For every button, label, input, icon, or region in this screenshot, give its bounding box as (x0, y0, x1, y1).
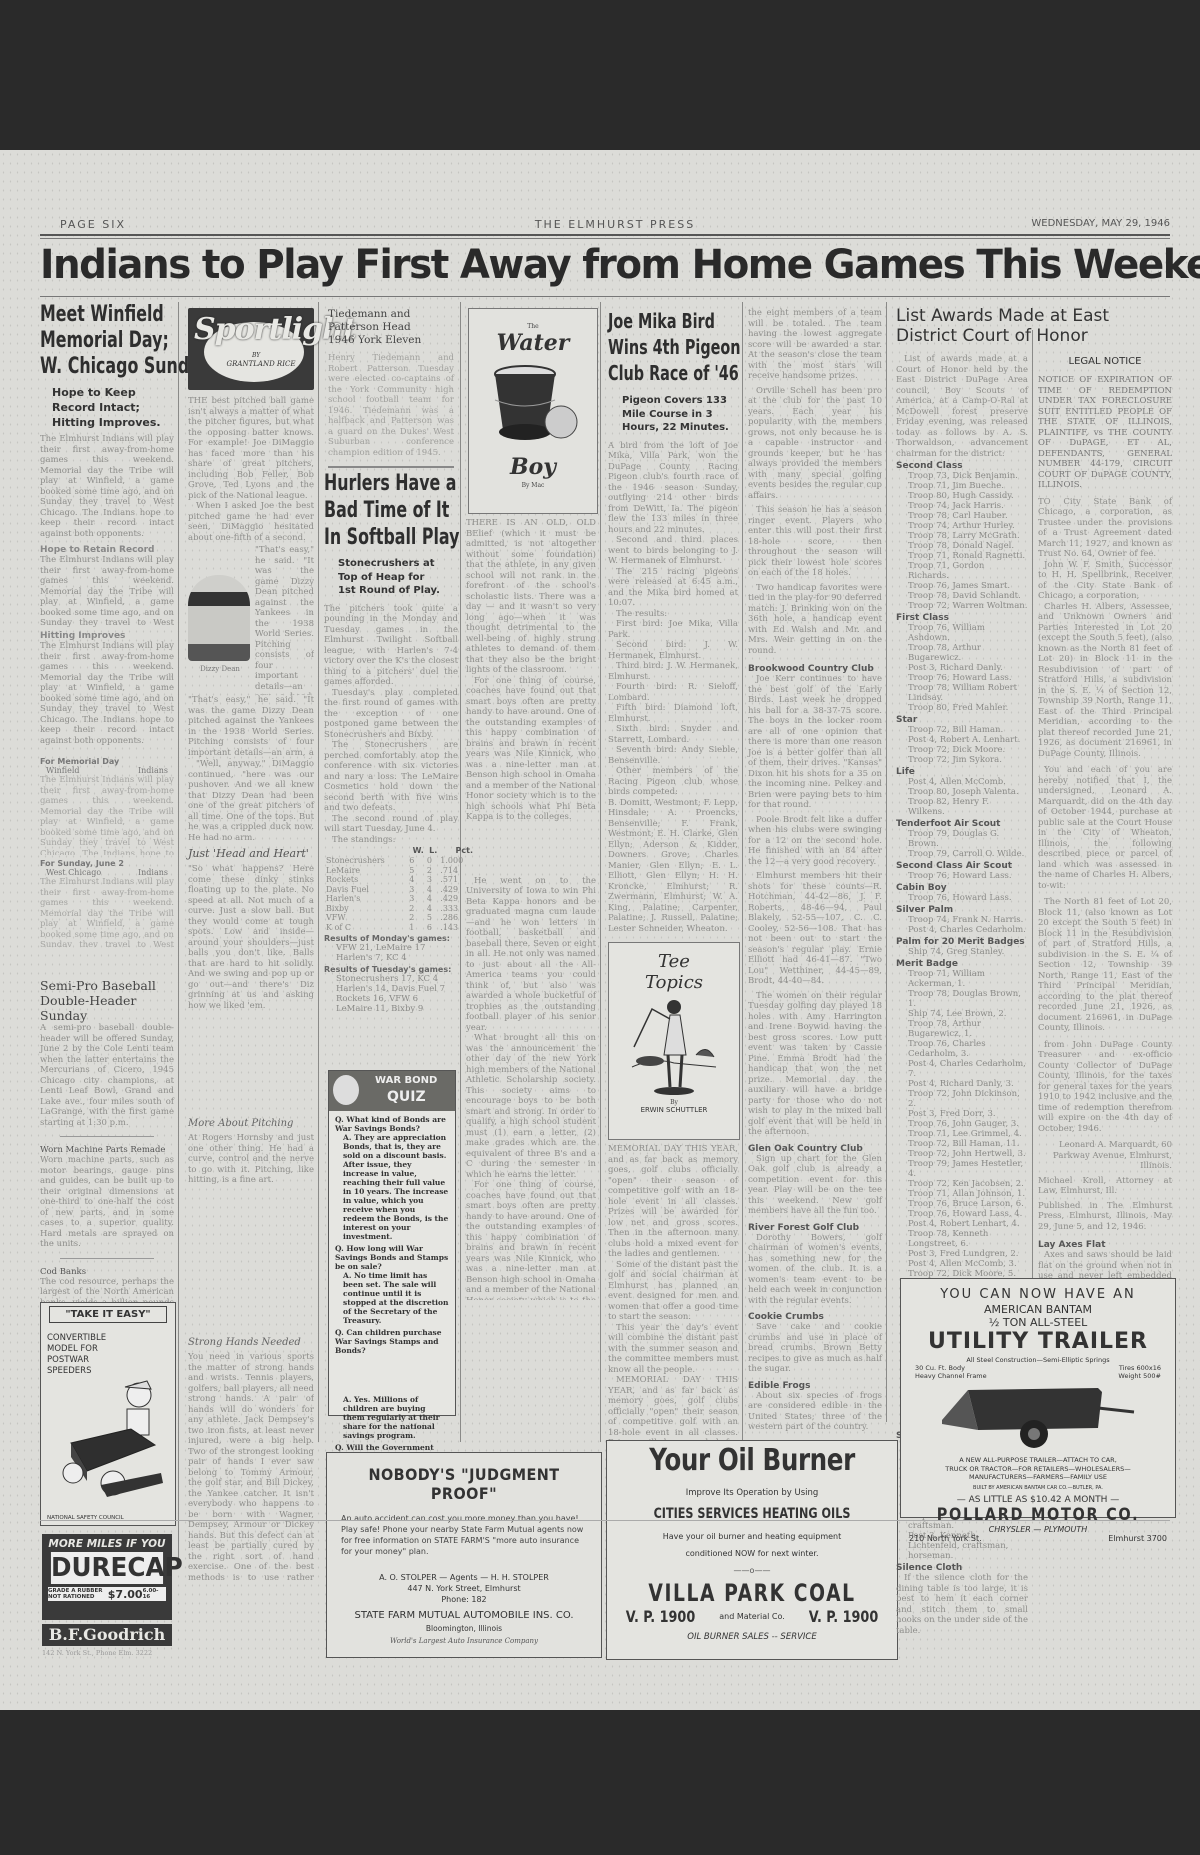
quiz-answer: A. Yes. Millions of children are buying … (335, 1395, 449, 1440)
water-boy-the: The (469, 323, 597, 330)
result-item: First bird: Joe Mika, Villa Park. (608, 619, 738, 640)
lineup-list: The Elmhurst Indians will play their fir… (40, 775, 174, 855)
column-rule (600, 302, 601, 1442)
trailer-icon (938, 1384, 1138, 1450)
water-boy-column: THERE IS AN OLD, OLD BElief (which it mu… (466, 518, 596, 1300)
durecap-note: GRADE A RUBBER NOT RATIONED (48, 1588, 108, 1600)
subhead-line: Mile Course in 3 (622, 408, 738, 422)
subhead-line: Top of Heap for (338, 571, 458, 585)
filler-text: The Elmhurst Indians will play their fir… (40, 641, 174, 751)
award-section-head: Silver Palm (896, 905, 1028, 915)
tee-topics-logo: Tee Topics By ERWIN SCHUTTLER (608, 942, 740, 1140)
durecap-top: MORE MILES IF YOU (42, 1538, 172, 1550)
meet-winfield-subhead: Hope to Keep Record Intact; Hitting Impr… (52, 386, 174, 431)
award-item: Troop 72, Jim Sykora. (896, 755, 1028, 765)
bantam-price: — AS LITTLE AS $10.42 A MONTH — (901, 1495, 1175, 1505)
award-item: Post 4, Allen McComb. (896, 777, 1028, 787)
headline-line: Patterson Head (328, 321, 454, 334)
tee-topics-title-1: Tee (609, 951, 739, 972)
award-item: Post 3, Fred Lundgren, 2. (896, 1249, 1028, 1259)
award-item: Post 3, Fred Dorr, 3. (896, 1109, 1028, 1119)
brodt-body: Poole Brodt felt like a duffer when his … (748, 815, 882, 868)
award-item: Troop 79, James Hestetler, 4. (896, 1159, 1028, 1179)
promo-line: MANUFACTURERS—FARMERS—FAMILY USE (901, 1473, 1175, 1482)
team: LeMaire (324, 866, 407, 876)
war-bond-quiz: WAR BOND QUIZ Q. What kind of Bonds are … (328, 1070, 456, 1416)
legal-notice-title: LEGAL NOTICE (1038, 356, 1172, 367)
durecap-price: $7.00 (108, 1588, 143, 1601)
losses: 3 (425, 875, 438, 885)
headline-line: 1946 York Eleven (328, 334, 454, 347)
award-section-head: Silence Cloth (896, 1563, 1028, 1573)
award-item: Troop 78, Kenneth Longstreet, 6. (896, 1229, 1028, 1249)
golf-body: Two handicap favorites were tied in the … (748, 583, 882, 657)
meet-winfield-headline: Meet Winfield Memorial Day; W. Chicago S… (40, 302, 174, 380)
table-row: Stonecrushers601.000 (324, 856, 474, 866)
state-farm-address: 447 N. York Street, Elmhurst (327, 1584, 601, 1593)
award-item: Ship 74, Lee Brown, 2. (896, 1009, 1028, 1019)
hurlers-headline: Hurlers Have a Bad Time of It In Softbal… (324, 470, 458, 551)
result-item: VFW 21, LeMaire 17 (324, 943, 458, 953)
headline-line: Memorial Day; (40, 328, 174, 354)
quiz-title-1: WAR BOND (375, 1075, 437, 1086)
sportlight-body: "So what happens? Here come these dinky … (188, 864, 314, 1114)
team: Davis Fuel (324, 885, 407, 895)
promo-line: TRUCK OR TRACTOR—FOR RETAILERS—WHOLESALE… (901, 1465, 1175, 1474)
award-section-head: Merit Badge (896, 959, 1028, 969)
brookwood-body: Joe Kerr continues to have the best golf… (748, 674, 882, 811)
team: Bixby (324, 904, 407, 914)
filler-text: The Elmhurst Indians will play their fir… (40, 555, 174, 627)
section-head-head-heart: Just 'Head and Heart' (188, 847, 314, 860)
spec: Heavy Channel Frame (915, 1372, 987, 1380)
award-item: Troop 72, Bill Haman, 11. (896, 1139, 1028, 1149)
legal-notice-body: John W. F. Smith, Successor to H. H. Spe… (1038, 560, 1172, 602)
durecap-brand: DURECAP (51, 1552, 163, 1584)
award-item: Troop 71, Jim Bueche. (896, 481, 1028, 491)
award-item: Troop 79, Douglas G. Brown. (896, 829, 1028, 849)
quiz-answer: A. They are appreciation Bonds, that is,… (335, 1133, 449, 1241)
pollard-motor: POLLARD MOTOR CO. (922, 1505, 1155, 1525)
wins: 3 (407, 885, 425, 895)
column-rule (886, 302, 887, 1422)
issue-date: WEDNESDAY, MAY 29, 1946 (1031, 218, 1170, 229)
standings-header-row: W. L. Pct. (324, 845, 474, 856)
spec: Tires 600x16 (1119, 1364, 1161, 1372)
sportlight-column: THE best pitched ball game isn't always … (188, 396, 314, 1582)
edible-head: Edible Frogs (748, 1381, 882, 1391)
others-label: Other members of the Racing Pigeon club … (608, 766, 738, 798)
water-boy-body: He went on to the University of Iowa to … (466, 876, 596, 1034)
table-row: LeMaire52.714 (324, 866, 474, 876)
sportlight-author: GRANTLAND RICE (226, 360, 296, 368)
award-item: Troop 74, Arthur Hurley. (896, 521, 1028, 531)
golfer-icon (624, 995, 724, 1099)
result-item: Harlen's 14, Davis Fuel 7 (324, 984, 458, 994)
tee-topics-body: This year the day's event will combine t… (608, 1323, 738, 1376)
water-boy-body: For one thing of course, coaches have fo… (466, 1180, 596, 1300)
pigeon-headline: Joe Mika Bird Wins 4th Pigeon Club Race … (608, 308, 738, 386)
subhead-line: Pigeon Covers 133 (622, 394, 738, 408)
team: K of C (324, 923, 407, 933)
award-item: Ship 74, Greg Stanley. (896, 947, 1028, 957)
lineup-header: For Memorial Day (40, 757, 174, 766)
headline-line: Tiedemann and (328, 308, 454, 321)
bantam-builder: BUILT BY AMERICAN BANTAM CAR CO.—BUTLER,… (901, 1485, 1175, 1491)
sportlight-logo: Sportlight BY GRANTLAND RICE (188, 308, 314, 390)
oil-burner-line-2: Have your oil burner and heating equipme… (607, 1532, 897, 1541)
water-boy-byline: By Mac (469, 482, 597, 489)
hurlers-article: Hurlers Have a Bad Time of It In Softbal… (324, 470, 458, 1014)
headline-line: Wins 4th Pigeon (608, 334, 738, 360)
award-item: Troop 76, John Gauger, 3. (896, 1119, 1028, 1129)
golf-body: This season he has a season ringer event… (748, 505, 882, 579)
sportlight-by: BY (252, 352, 260, 359)
sportlight-body: You need in various sports the matter of… (188, 1352, 314, 1582)
award-item: Troop 76, Bruce Larson, 6. (896, 1199, 1028, 1209)
pigeon-subhead: Pigeon Covers 133 Mile Course in 3 Hours… (622, 394, 738, 435)
phone-left: V. P. 1900 (626, 1607, 696, 1626)
legal-signature: Leonard A. Marquardt, 60 Parkway Avenue,… (1038, 1140, 1172, 1172)
goodrich-address: 142 N. York St., Phone Elm. 3222 (42, 1649, 182, 1657)
award-item: Troop 78, Larry McGrath. (896, 531, 1028, 541)
award-item: Post 4, Charles Cedarholm. (896, 925, 1028, 935)
cookie-body: Save cake and cookie crumbs and use in p… (748, 1322, 882, 1375)
result-item: Seventh bird: Andy Sieble, Bensenville. (608, 745, 738, 766)
award-item: Troop 76, Howard Lass. (896, 893, 1028, 903)
table-row: K of C16.143 (324, 923, 474, 933)
lineup-teams: West Chicago Indians (40, 868, 174, 877)
column-rule (318, 302, 319, 1442)
team-name: Indians (138, 766, 168, 775)
award-section-head: Second Class (896, 461, 1028, 471)
water-boy-body: THERE IS AN OLD, OLD BElief (which it mu… (466, 518, 596, 676)
oil-burner-headline: Your Oil Burner (633, 1443, 871, 1478)
team-name: Winfield (46, 766, 80, 775)
bantam-spec-main: All Steel Construction—Semi-Elliptic Spr… (901, 1356, 1175, 1364)
oil-burner-divider: ——o—— (607, 1566, 897, 1575)
cod-banks-headline: Cod Banks (40, 1267, 174, 1277)
table-row: Harlen's34.429 (324, 894, 474, 904)
cookie-head: Cookie Crumbs (748, 1312, 882, 1322)
silence-cloth-body: If the silence cloth for the dining tabl… (896, 1573, 1028, 1636)
legal-notice-body: from John DuPage County Treasurer and ex… (1038, 1040, 1172, 1135)
elmhurst-members-body: Elmhurst members hit their shots for the… (748, 871, 882, 987)
golf-body: the eight members of a team will be tota… (748, 308, 882, 382)
award-item: Troop 76, Charles Cedarholm, 3. (896, 1039, 1028, 1059)
award-item: Troop 71, Gordon Richards. (896, 561, 1028, 581)
golf-notes-column: the eight members of a team will be tota… (748, 308, 882, 1433)
column-rule (742, 302, 743, 1442)
award-item: Troop 80, Joseph Valenta. (896, 787, 1028, 797)
headline-line: Club Race of '46 (608, 360, 738, 386)
award-item: Troop 71, William Ackerman, 1. (896, 969, 1028, 989)
tuesday-results-header: Results of Tuesday's games: (324, 965, 458, 974)
quiz-illustration (335, 1355, 449, 1395)
headline-line: District Court of Honor (896, 326, 1176, 346)
legal-notice-body: You and each of you are hereby notified … (1038, 765, 1172, 891)
lineup-teams: Winfield Indians (40, 766, 174, 775)
bucket-icon (483, 360, 583, 450)
team: Rockets (324, 875, 407, 885)
legal-signature-2: Michael Kroll, Attorney at Law, Elmhurst… (1038, 1176, 1172, 1197)
team-name: West Chicago (46, 868, 101, 877)
monday-results-header: Results of Monday's games: (324, 934, 458, 943)
tiedemann-headline: Tiedemann and Patterson Head 1946 York E… (328, 308, 454, 347)
award-item: Troop 76, William Ashdown. (896, 623, 1028, 643)
promo-line: A NEW ALL-PURPOSE TRAILER—ATTACH TO CAR, (901, 1456, 1175, 1465)
result-item: Sixth bird: Snyder and Starrett, Lombard… (608, 724, 738, 745)
bottom-rule (40, 1520, 1170, 1521)
award-item: Troop 80, Fred Mahler. (896, 703, 1028, 713)
sportlight-body: At Rogers Hornsby and just one other thi… (188, 1133, 314, 1333)
pigeon-body: A bird from the loft of Joe Mika, Villa … (608, 441, 738, 536)
goodrich-logo: B.F.Goodrich (42, 1624, 172, 1646)
section-head-hands: Strong Hands Needed (188, 1337, 314, 1348)
award-section-head: Life (896, 767, 1028, 777)
award-item: Post 4, Robert A. Lenhart. (896, 735, 1028, 745)
hurlers-body: The Stonecrushers are perched comfortabl… (324, 740, 458, 814)
legal-notice-heading: NOTICE OF EXPIRATION OF TIME OF REDEMPTI… (1038, 375, 1172, 491)
sportlight-body: "That's easy," he said. "It was the game… (188, 695, 314, 759)
tee-topics-column: MEMORIAL DAY THIS YEAR, and as far back … (608, 1144, 738, 1475)
award-item: Troop 76, James Smart. (896, 581, 1028, 591)
brookwood-head: Brookwood Country Club (748, 664, 882, 674)
bantam-trailer-ad: YOU CAN NOW HAVE AN AMERICAN BANTAM ½ TO… (900, 1278, 1176, 1518)
award-item: Troop 74, Frank N. Harris. (896, 915, 1028, 925)
water-boy-logo: The Water Boy By Mac (468, 308, 598, 514)
award-item: Troop 72, Dick Moore. (896, 745, 1028, 755)
masthead-rule-thin (40, 238, 1170, 239)
team: VFW (324, 913, 407, 923)
award-section-head: Cabin Boy (896, 883, 1028, 893)
tee-topics-author: ERWIN SCHUTTLER (609, 1106, 739, 1114)
coffin-car-cartoon-icon (51, 1373, 169, 1503)
subhead-line: Hitting Improves. (52, 416, 174, 431)
award-item: Troop 78, Donald Nagel. (896, 541, 1028, 551)
award-item: Troop 71, Allan Johnson, 1. (896, 1189, 1028, 1199)
column-rule (178, 302, 179, 1562)
headline-line: In Softball Play (324, 524, 458, 551)
award-item: Troop 78, Carl Hauber. (896, 511, 1028, 521)
team-name: Indians (138, 868, 168, 877)
water-boy-title-2: Boy (469, 454, 597, 480)
quiz-header: WAR BOND QUIZ (329, 1071, 455, 1111)
ad-caption: CONVERTIBLE MODEL FOR POSTWAR SPEEDERS (47, 1333, 106, 1377)
paper-name: THE ELMHURST PRESS (60, 218, 1170, 231)
river-forest-head: River Forest Golf Club (748, 1223, 882, 1233)
award-item: Troop 78, Douglas Brown, 1. (896, 989, 1028, 1009)
glen-oak-body: Sign up chart for the Glen Oak golf club… (748, 1154, 882, 1217)
wins: 6 (407, 856, 425, 866)
masthead-rule (40, 234, 1170, 236)
semi-pro-headline: Semi-Pro Baseball Double-Header Sunday (40, 978, 174, 1023)
divider (60, 1258, 154, 1259)
section-head: Hope to Retain Record (40, 545, 174, 555)
pollard-contact: 210 North York St. Elmhurst 3700 (901, 1534, 1175, 1543)
quiz-question: Q. Can children purchase War Savings Sta… (335, 1328, 449, 1355)
durecap-price-strip: GRADE A RUBBER NOT RATIONED $7.00 6.00-1… (48, 1587, 166, 1601)
glen-oak-head: Glen Oak Country Club (748, 1144, 882, 1154)
oil-burner-footer: OIL BURNER SALES -- SERVICE (607, 1632, 897, 1642)
bantam-line-2: AMERICAN BANTAM (901, 1303, 1175, 1316)
caption-line: POSTWAR (47, 1355, 106, 1366)
column-header: L. (425, 845, 438, 856)
hurlers-body: Tuesday's play completed the first round… (324, 688, 458, 741)
caption-line: CONVERTIBLE (47, 1333, 106, 1344)
sportlight-body: "Well, anyway," DiMaggio continued, "her… (188, 759, 314, 843)
photo-caption: Dizzy Dean (188, 665, 252, 673)
river-forest-body: Dorothy Bowers, golf chairman of women's… (748, 1233, 882, 1307)
award-item: Troop 78, William Robert Lindsay. (896, 683, 1028, 703)
bantam-headline: UTILITY TRAILER (901, 1329, 1175, 1354)
award-item: Troop 78, Arthur Bugarewicz, 1. (896, 1019, 1028, 1039)
award-item: Post 4, Charles Cedarholm, 7. (896, 1059, 1028, 1079)
hurlers-body: The pitchers took quite a pounding in th… (324, 604, 458, 688)
ad-title: "TAKE IT EASY" (49, 1306, 167, 1323)
take-it-easy-ad: "TAKE IT EASY" CONVERTIBLE MODEL FOR POS… (40, 1302, 176, 1526)
hurlers-subhead: Stonecrushers at Top of Heap for 1st Rou… (338, 557, 458, 598)
meet-winfield-article: Meet Winfield Memorial Day; W. Chicago S… (40, 302, 174, 947)
water-boy-title-1: Water (469, 330, 597, 356)
losses: 4 (425, 894, 438, 904)
newspaper-page: PAGE SIX THE ELMHURST PRESS WEDNESDAY, M… (0, 150, 1200, 1710)
quiz-answer: A. No time limit has been set. The sale … (335, 1271, 449, 1325)
award-item: Post 4, Robert Lenhart, 4. (896, 1219, 1028, 1229)
spec: Weight 500# (1118, 1372, 1161, 1380)
sportlight-body: THE best pitched ball game isn't always … (188, 396, 314, 501)
section-head: Hitting Improves (40, 631, 174, 641)
award-section-head: Second Class Air Scout (896, 861, 1028, 871)
headline-line: Meet Winfield (40, 302, 174, 328)
award-item: Troop 73, Dick Benjamin. (896, 471, 1028, 481)
award-item: Troop 72, Warren Woltman. (896, 601, 1028, 611)
company-suffix: and Material Co. (719, 1612, 785, 1621)
losses: 4 (425, 904, 438, 914)
section-head-pitching: More About Pitching (188, 1118, 314, 1129)
award-item: Troop 76, Howard Lass. (896, 673, 1028, 683)
table-row: Davis Fuel34.429 (324, 885, 474, 895)
award-item: Troop 72, Bill Haman. (896, 725, 1028, 735)
lay-axes-head: Lay Axes Flat (1038, 1240, 1172, 1250)
award-section-head: First Class (896, 613, 1028, 623)
villa-park-coal: VILLA PARK COAL (639, 1579, 865, 1607)
hurlers-body: The second round of play will start Tues… (324, 814, 458, 835)
portrait-icon (188, 575, 250, 661)
wins: 4 (407, 875, 425, 885)
column-rule (1032, 330, 1033, 1420)
award-item: Troop 74, Jack Harris. (896, 501, 1028, 511)
award-item: Troop 72, John Dickinson, 2. (896, 1089, 1028, 1109)
state-farm-city: Bloomington, Illinois (327, 1624, 601, 1633)
award-item: Troop 80, Hugh Cassidy. (896, 491, 1028, 501)
award-item: Post 3, Richard Danly. (896, 663, 1028, 673)
award-item: Post 4, Allen McComb, 3. (896, 1259, 1028, 1269)
dizzy-dean-photo: Dizzy Dean (188, 545, 252, 695)
award-item: Troop 72, Ken Jacobsen, 2. (896, 1179, 1028, 1189)
losses: 5 (425, 913, 438, 923)
award-item: Troop 71, Lee Grimmel, 4. (896, 1129, 1028, 1139)
bantam-line-1: YOU CAN NOW HAVE AN (901, 1287, 1175, 1302)
headline-line: W. Chicago Sunday (40, 354, 174, 380)
state-farm-phone: Phone: 182 (327, 1595, 601, 1604)
pigeon-body: Second and third places went to birds be… (608, 535, 738, 567)
edible-body: About six species of frogs are considere… (748, 1391, 882, 1433)
award-item: Troop 76, Howard Lass. (896, 871, 1028, 881)
banner-rule (40, 296, 1170, 297)
pigeon-article: Joe Mika Bird Wins 4th Pigeon Club Race … (608, 308, 738, 934)
wins: 1 (407, 923, 425, 933)
state-farm-company: STATE FARM MUTUAL AUTOMOBILE INS. CO. (327, 1610, 601, 1621)
cartoon-face-icon (333, 1075, 359, 1105)
bantam-line-3: ½ TON ALL-STEEL (901, 1316, 1175, 1329)
headline-line: Hurlers Have a (324, 470, 458, 497)
legal-notice-column: LEGAL NOTICE NOTICE OF EXPIRATION OF TIM… (1038, 350, 1172, 1373)
tee-topics-body: Some of the distant past the golf and so… (608, 1260, 738, 1323)
state-farm-tagline: World's Largest Auto Insurance Company (327, 1637, 601, 1645)
award-item: Troop 78, Arthur Bugarewicz. (896, 643, 1028, 663)
table-row: VFW25.286 (324, 913, 474, 923)
state-farm-agents: A. O. STOLPER — Agents — H. H. STOLPER (327, 1573, 601, 1582)
tee-topics-body: MEMORIAL DAY THIS YEAR, and as far back … (608, 1144, 738, 1260)
semi-pro-body: A semi-pro baseball double-header will b… (40, 1023, 174, 1128)
sportlight-photo-row: Dizzy Dean "That's easy," he said. "It w… (188, 545, 314, 695)
divider (60, 1136, 154, 1137)
legal-notice-body: TO City State Bank of Chicago, a corpora… (1038, 497, 1172, 560)
state-farm-body: An auto accident can cost you more money… (327, 1503, 601, 1557)
state-farm-ad: NOBODY'S "JUDGMENT PROOF" An auto accide… (326, 1452, 602, 1658)
masthead: PAGE SIX THE ELMHURST PRESS WEDNESDAY, M… (60, 218, 1170, 232)
result-item: LeMaire 11, Bixby 9 (324, 1004, 458, 1014)
award-item: Troop 82, Henry F. Wilkens. (896, 797, 1028, 817)
losses: 4 (425, 885, 438, 895)
sportlight-body: When I asked Joe the best pitched game h… (188, 501, 314, 543)
award-item: Troop 76, Howard Lass, 4. (896, 1209, 1028, 1219)
award-item: Troop 71, Ronald Ragnetti. (896, 551, 1028, 561)
wins: 2 (407, 904, 425, 914)
result-item: Second bird: J. W. Hermanek, Elmhurst. (608, 640, 738, 661)
golf-body: Orville Schell has been pro at the club … (748, 386, 882, 502)
team: Stonecrushers (324, 856, 407, 866)
award-item: Troop 78, David Schlandt. (896, 591, 1028, 601)
water-boy-body: What brought all this on was the announc… (466, 1033, 596, 1180)
spec: 30 Cu. Ft. Body (915, 1364, 965, 1372)
quiz-question: Q. How long will War Savings Bonds and S… (335, 1244, 449, 1271)
tiedemann-article: Tiedemann and Patterson Head 1946 York E… (328, 308, 454, 474)
oil-burner-phones: V. P. 1900 and Material Co. V. P. 1900 (607, 1607, 897, 1626)
award-section-head: Star (896, 715, 1028, 725)
headline-line: List Awards Made at East (896, 306, 1176, 326)
result-item: Stonecrushers 17, KC 4 (324, 974, 458, 984)
pollard-phone: Elmhurst 3700 (1108, 1534, 1167, 1543)
column-header (324, 845, 407, 856)
phone-right: V. P. 1900 (809, 1607, 879, 1626)
legal-notice-body: The North 81 feet of Lot 20, Block 11, (… (1038, 897, 1172, 1034)
standings-table: W. L. Pct. Stonecrushers601.000 LeMaire5… (324, 845, 474, 932)
subhead-line: Hope to Keep (52, 386, 174, 401)
award-item: Troop 72, John Hertwell, 3. (896, 1149, 1028, 1159)
women-body: The women on their regular Tuesday golfi… (748, 991, 882, 1138)
subhead-line: Hours, 22 Minutes. (622, 421, 738, 435)
column-header: W. (407, 845, 425, 856)
pollard-address: 210 North York St. (909, 1534, 982, 1543)
bantam-brands: CHRYSLER — PLYMOUTH (901, 1525, 1175, 1534)
bantam-specs-row-2: Heavy Channel Frame Weight 500# (901, 1372, 1175, 1380)
quiz-question: Q. What kind of Bonds are War Savings Bo… (335, 1115, 449, 1133)
result-item: Rockets 16, VFW 6 (324, 994, 458, 1004)
table-row: Rockets43.571 (324, 875, 474, 885)
subhead-line: 1st Round of Play. (338, 584, 458, 598)
